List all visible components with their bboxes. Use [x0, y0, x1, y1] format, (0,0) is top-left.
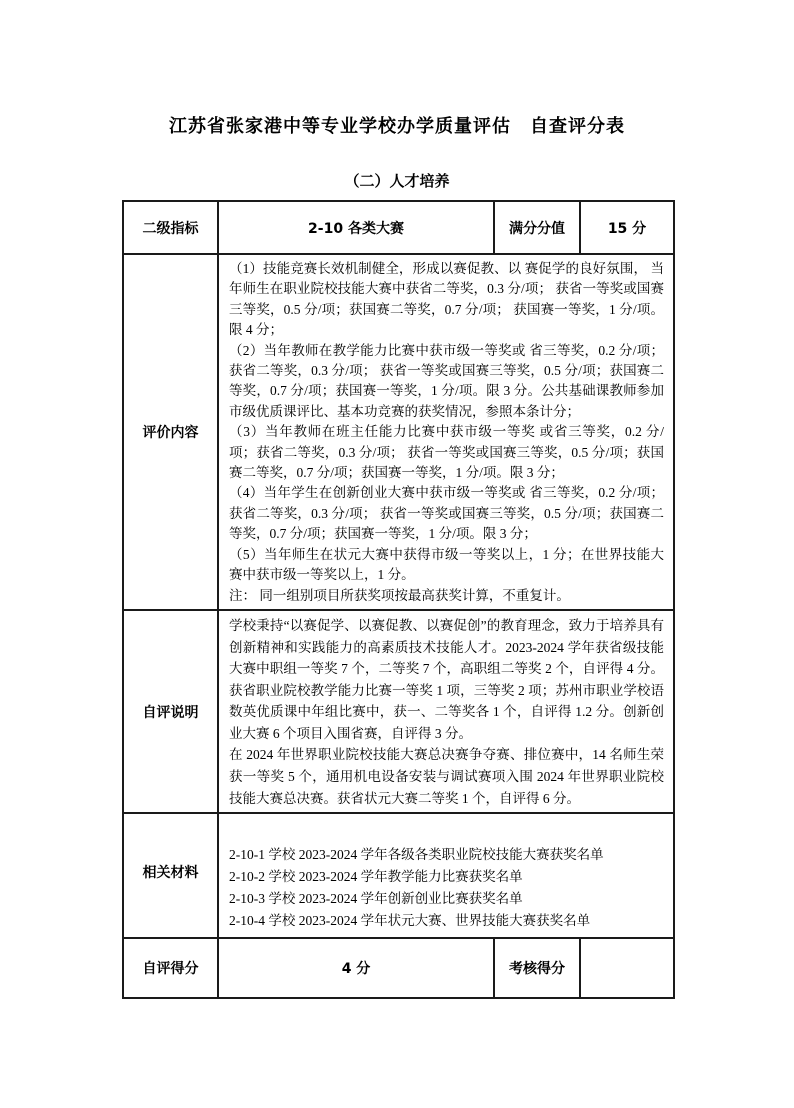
section-title: （二）人才培养 [0, 170, 794, 191]
self-review-paragraph: 学校秉持“以赛促学、以赛促教、以赛促创”的教育理念，致力于培养具有创新精神和实践… [229, 615, 664, 745]
score-table: 二级指标 2-10 各类大赛 满分分值 15 分 评价内容 （1）技能竞赛长效机… [122, 200, 675, 999]
evaluation-paragraph: （5）当年师生在状元大赛中获得市级一等奖以上，1 分；在世界技能大赛中获市级一等… [229, 545, 664, 586]
assessment-score-label: 考核得分 [494, 938, 580, 998]
material-item: 2-10-3 学校 2023-2024 学年创新创业比赛获奖名单 [229, 888, 664, 910]
evaluation-content-label: 评价内容 [123, 254, 218, 610]
evaluation-content-row: 评价内容 （1）技能竞赛长效机制健全，形成以赛促教、以 赛促学的良好氛围， 当年… [123, 254, 674, 610]
self-score-value: 4 分 [218, 938, 494, 998]
evaluation-paragraph: （1）技能竞赛长效机制健全，形成以赛促教、以 赛促学的良好氛围， 当年师生在职业… [229, 259, 664, 341]
materials-label: 相关材料 [123, 813, 218, 938]
self-review-text: 学校秉持“以赛促学、以赛促教、以赛促创”的教育理念，致力于培养具有创新精神和实践… [218, 610, 674, 813]
secondary-indicator-value: 2-10 各类大赛 [218, 201, 494, 254]
secondary-indicator-label: 二级指标 [123, 201, 218, 254]
evaluation-note: 注： 同一组别项目所获奖项按最高获奖计算，不重复计。 [229, 586, 664, 606]
materials-list: 2-10-1 学校 2023-2024 学年各级各类职业院校技能大赛获奖名单 2… [218, 813, 674, 938]
evaluation-paragraph: （4）当年学生在创新创业大赛中获市级一等奖或 省三等奖，0.2 分/项；获省二等… [229, 483, 664, 544]
self-review-label: 自评说明 [123, 610, 218, 813]
material-item: 2-10-4 学校 2023-2024 学年状元大赛、世界技能大赛获奖名单 [229, 910, 664, 932]
header-row: 二级指标 2-10 各类大赛 满分分值 15 分 [123, 201, 674, 254]
material-item: 2-10-1 学校 2023-2024 学年各级各类职业院校技能大赛获奖名单 [229, 844, 664, 866]
assessment-score-value [580, 938, 674, 998]
evaluation-content-text: （1）技能竞赛长效机制健全，形成以赛促教、以 赛促学的良好氛围， 当年师生在职业… [218, 254, 674, 610]
self-review-paragraph: 在 2024 年世界职业院校技能大赛总决赛争夺赛、排位赛中，14 名师生荣获一等… [229, 744, 664, 809]
evaluation-paragraph: （2）当年教师在教学能力比赛中获市级一等奖或 省三等奖，0.2 分/项；获省二等… [229, 341, 664, 423]
score-row: 自评得分 4 分 考核得分 [123, 938, 674, 998]
evaluation-paragraph: （3）当年教师在班主任能力比赛中获市级一等奖 或省三等奖，0.2 分/项；获省二… [229, 422, 664, 483]
self-score-label: 自评得分 [123, 938, 218, 998]
material-item: 2-10-2 学校 2023-2024 学年教学能力比赛获奖名单 [229, 866, 664, 888]
full-score-label: 满分分值 [494, 201, 580, 254]
materials-row: 相关材料 2-10-1 学校 2023-2024 学年各级各类职业院校技能大赛获… [123, 813, 674, 938]
full-score-value: 15 分 [580, 201, 674, 254]
self-review-row: 自评说明 学校秉持“以赛促学、以赛促教、以赛促创”的教育理念，致力于培养具有创新… [123, 610, 674, 813]
page-title: 江苏省张家港中等专业学校办学质量评估 自查评分表 [0, 112, 794, 138]
